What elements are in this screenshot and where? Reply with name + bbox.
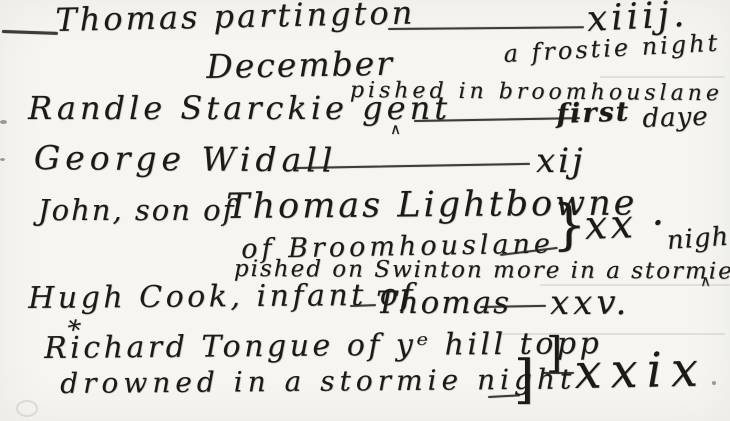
entry-3-value: xij	[536, 144, 586, 178]
entry-4-value: xx ·	[584, 203, 668, 246]
ink-blot	[16, 400, 38, 417]
entry-4-brace-icon: }	[552, 198, 586, 252]
entry-5-name: Hugh Cook, infant of	[28, 281, 416, 314]
scan-streak	[600, 76, 725, 78]
ink-speck	[0, 158, 5, 161]
entry-3-name: George Widall	[34, 141, 338, 177]
entry-1-connector-line	[388, 26, 584, 30]
entry-2-name: Randle Starckie gent	[28, 92, 451, 124]
entry-6-connector-line	[542, 372, 574, 374]
entry-6-bracket-icon: ]	[514, 354, 534, 406]
marginal-note-frostie-night: a frostie night	[503, 31, 721, 66]
entry-6-value: xxix	[574, 346, 707, 396]
ink-speck	[0, 120, 7, 124]
manuscript-page: Thomas partington xiiij. December a fros…	[0, 0, 730, 421]
ink-speck	[712, 381, 716, 385]
insertion-caret-icon: ∧	[390, 122, 401, 137]
insertion-caret-icon: ∧	[700, 274, 711, 289]
entry-1-name: Thomas partington	[55, 0, 416, 36]
entry-5-connector-line	[480, 305, 546, 308]
entry-6-line2: drowned in a stormie night	[60, 365, 576, 398]
entry-2-value-first: first	[556, 98, 631, 128]
entry-4-note-night: night	[666, 223, 730, 254]
entry-5-name-part2: Thomas	[376, 288, 511, 319]
entry-5-value: xxv.	[550, 286, 630, 320]
entry-4-name-part1: John, son of	[38, 196, 235, 225]
entry-2-value-daye: daye	[642, 104, 709, 132]
entry-1-lead-stroke	[2, 30, 58, 35]
